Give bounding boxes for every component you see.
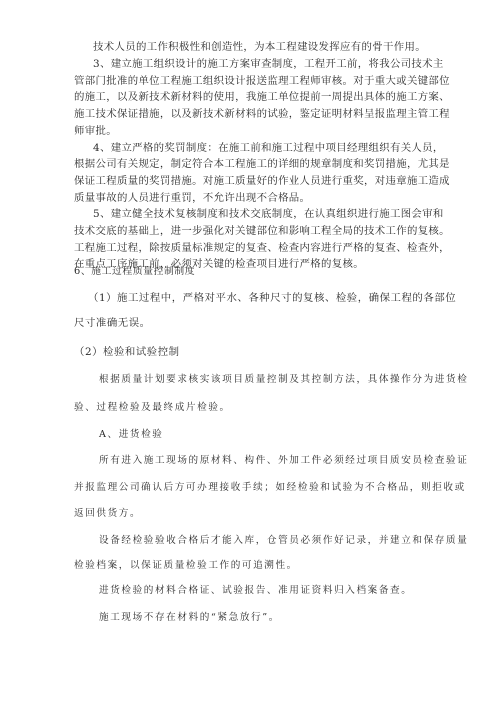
paragraph-line: 进货检验的材料合格证、试验报告、准用证资料归入档案备查。 bbox=[99, 584, 412, 598]
document-page: 技术人员的工作积极性和创造性，为本工程建设发挥应有的骨干作用。3、建立施工组织设… bbox=[0, 0, 496, 701]
paragraph-line: 质量事故的人员进行重罚，不允许出现不合格品。 bbox=[74, 191, 310, 205]
paragraph-line: 根据质量计划要求核实该项目质量控制及其控制方法，具体操作分为进货检 bbox=[99, 373, 468, 387]
paragraph-line: 检验档案，以保证质量检验工作的可追溯性。 bbox=[74, 559, 298, 573]
paragraph-line: 尺寸准确无误。 bbox=[74, 316, 151, 330]
paragraph-line: 设备经检验验收合格后才能入库，仓管员必须作好记录，并建立和保存质量 bbox=[99, 534, 468, 548]
paragraph-line: A、进货检验 bbox=[99, 428, 164, 442]
paragraph-line: 施工技术保证措施，以及新技术新材料的试验，鉴定证明材料呈报监理主管工程 bbox=[74, 107, 450, 121]
paragraph-line: （1）施工过程中，严格对平水、各种尺寸的复核、检验，确保工程的各部位 bbox=[88, 291, 456, 305]
section-heading: 6、施工过程质量控制制度 bbox=[74, 265, 195, 279]
paragraph-line: 验、过程检验及最终成片检验。 bbox=[74, 401, 231, 415]
paragraph-line: 并报监理公司确认后方可办理接收手续；如经检验和试验为不合格品，则拒收或 bbox=[74, 481, 466, 495]
paragraph-line: 5、建立健全技术复核制度和技术交底制度，在认真组织进行施工图会审和 bbox=[93, 207, 444, 221]
paragraph-line: 所有进入施工现场的原材料、构件、外加工件必须经过项目质安员检查验证 bbox=[99, 454, 468, 468]
paragraph-line: 根据公司有关规定，制定符合本工程施工的详细的规章制度和奖罚措施，尤其是 bbox=[74, 157, 450, 171]
paragraph-line: （2）检验和试验控制 bbox=[74, 345, 180, 359]
paragraph-line: 保证工程质量的奖罚措施。对施工质量好的作业人员进行重奖，对违章施工造成 bbox=[74, 174, 450, 188]
paragraph-line: 技术人员的工作积极性和创造性，为本工程建设发挥应有的骨干作用。 bbox=[93, 40, 426, 54]
paragraph-line: 返回供货方。 bbox=[74, 507, 141, 521]
paragraph-line: 技术交底的基础上，进一步强化对关键部位和影响工程全局的技术工作的复核。 bbox=[74, 224, 450, 238]
paragraph-line: 3、建立施工组织设计的施工方案审查制度，工程开工前，将我公司技术主 bbox=[93, 57, 444, 71]
paragraph-line: 4、建立严格的奖罚制度：在施工前和施工过程中项目经理组织有关人员， bbox=[93, 141, 444, 155]
paragraph-line: 的施工，以及新技术新材料的使用，我施工单位提前一周提出具体的施工方案、 bbox=[74, 90, 450, 104]
paragraph-line: 施工现场不存在材料的“紧急放行”。 bbox=[99, 611, 280, 625]
paragraph-line: 管部门批准的单位工程施工组织设计报送监理工程师审核。对于重大或关键部位 bbox=[74, 74, 450, 88]
paragraph-line: 工程施工过程，除按质量标准规定的复查、检查内容进行严格的复查、检查外， bbox=[74, 241, 450, 255]
paragraph-line: 师审批。 bbox=[74, 124, 117, 138]
